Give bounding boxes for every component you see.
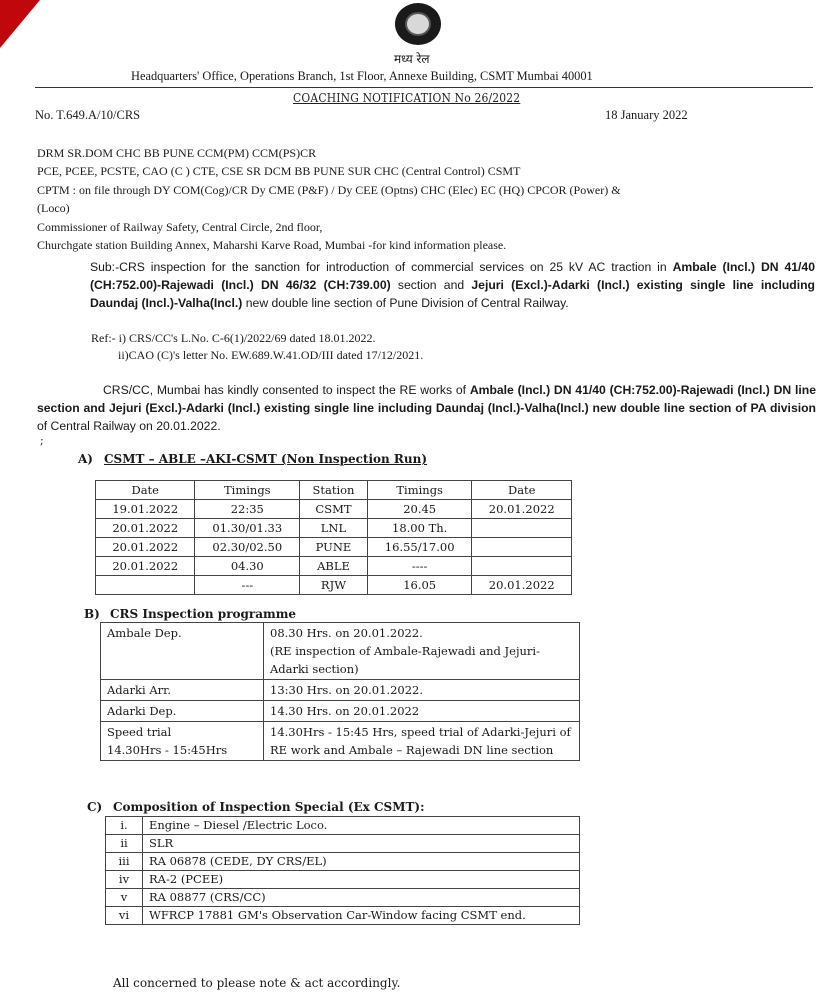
table-row: Speed trial14.30Hrs - 15:45Hrs14.30Hrs -… (101, 722, 580, 761)
subject-prefix: Sub:- (90, 260, 119, 274)
table-cell: 04.30 (195, 557, 300, 576)
table-cell: LNL (300, 519, 368, 538)
table-row: Adarki Dep.14.30 Hrs. on 20.01.2022 (101, 701, 580, 722)
letter-date: 18 January 2022 (605, 108, 688, 123)
table-cell (96, 576, 195, 595)
addressee-line: Churchgate station Building Annex, Mahar… (37, 236, 807, 254)
table-cell (472, 538, 572, 557)
red-corner-mark (0, 0, 40, 48)
column-header: Station (300, 481, 368, 500)
addressee-list: DRM SR.DOM CHC BB PUNE CCM(PM) CCM(PS)CR… (37, 144, 807, 254)
table-cell (472, 557, 572, 576)
detail-cell: 14.30Hrs - 15:45 Hrs, speed trial of Ada… (264, 722, 580, 761)
table-row: vRA 08877 (CRS/CC) (106, 889, 580, 907)
detail-cell: 14.30 Hrs. on 20.01.2022 (264, 701, 580, 722)
event-cell: Adarki Arr. (101, 680, 264, 701)
item-number: vi (106, 907, 143, 925)
office-address: Headquarters' Office, Operations Branch,… (131, 69, 593, 84)
table-row: viWFRCP 17881 GM's Observation Car-Windo… (106, 907, 580, 925)
column-header: Timings (195, 481, 300, 500)
table-cell: 19.01.2022 (96, 500, 195, 519)
table-cell: 20.01.2022 (96, 538, 195, 557)
table-row: iiiRA 06878 (CEDE, DY CRS/EL) (106, 853, 580, 871)
detail-cell: 13:30 Hrs. on 20.01.2022. (264, 680, 580, 701)
table-row: 20.01.202202.30/02.50PUNE16.55/17.00 (96, 538, 572, 557)
table-row: 19.01.202222:35CSMT20.4520.01.2022 (96, 500, 572, 519)
table-row: i.Engine – Diesel /Electric Loco. (106, 817, 580, 835)
table-cell: 01.30/01.33 (195, 519, 300, 538)
item-description: WFRCP 17881 GM's Observation Car-Window … (143, 907, 580, 925)
column-header: Date (472, 481, 572, 500)
table-cell: CSMT (300, 500, 368, 519)
table-row: Adarki Arr.13:30 Hrs. on 20.01.2022. (101, 680, 580, 701)
table-row: ---RJW16.0520.01.2022 (96, 576, 572, 595)
table-cell: 20.01.2022 (96, 557, 195, 576)
indian-railways-emblem-icon (395, 3, 441, 45)
ref-prefix: Ref:- (91, 331, 116, 345)
table-cell: 20.01.2022 (96, 519, 195, 538)
notification-title: COACHING NOTIFICATION No 26/2022 (293, 90, 520, 105)
item-number: i. (106, 817, 143, 835)
table-cell: 22:35 (195, 500, 300, 519)
table-cell: 16.55/17.00 (367, 538, 472, 557)
event-cell: Speed trial14.30Hrs - 15:45Hrs (101, 722, 264, 761)
inspection-programme-table: Ambale Dep.08.30 Hrs. on 20.01.2022.(RE … (100, 622, 580, 761)
detail-cell: 08.30 Hrs. on 20.01.2022.(RE inspection … (264, 623, 580, 680)
item-number: iii (106, 853, 143, 871)
addressee-line: (Loco) (37, 199, 807, 217)
table-row: 20.01.202201.30/01.33LNL18.00 Th. (96, 519, 572, 538)
item-description: RA 08877 (CRS/CC) (143, 889, 580, 907)
body-paragraph: CRS/CC, Mumbai has kindly consented to i… (37, 381, 816, 435)
item-description: RA 06878 (CEDE, DY CRS/EL) (143, 853, 580, 871)
table-cell: ABLE (300, 557, 368, 576)
item-number: ii (106, 835, 143, 853)
item-description: SLR (143, 835, 580, 853)
non-inspection-run-table: DateTimingsStationTimingsDate 19.01.2022… (95, 480, 572, 595)
table-cell: PUNE (300, 538, 368, 557)
table-cell (472, 519, 572, 538)
composition-table: i.Engine – Diesel /Electric Loco.iiSLRii… (105, 816, 580, 925)
table-cell: RJW (300, 576, 368, 595)
event-cell: Ambale Dep. (101, 623, 264, 680)
table-cell: 16.05 (367, 576, 472, 595)
item-description: RA-2 (PCEE) (143, 871, 580, 889)
section-a-heading: A)CSMT – ABLE –AKI-CSMT (Non Inspection … (78, 452, 427, 466)
item-description: Engine – Diesel /Electric Loco. (143, 817, 580, 835)
table-cell: ---- (367, 557, 472, 576)
table-row: ivRA-2 (PCEE) (106, 871, 580, 889)
item-number: v (106, 889, 143, 907)
table-cell: 20.01.2022 (472, 576, 572, 595)
table-row: Ambale Dep.08.30 Hrs. on 20.01.2022.(RE … (101, 623, 580, 680)
stray-mark: ; (40, 434, 44, 447)
table-cell: 20.01.2022 (472, 500, 572, 519)
table-cell: 02.30/02.50 (195, 538, 300, 557)
addressee-line: CPTM : on file through DY COM(Cog)/CR Dy… (37, 181, 807, 199)
reference-number: No. T.649.A/10/CRS (35, 108, 140, 123)
header-divider (35, 87, 813, 88)
column-header: Timings (367, 481, 472, 500)
addressee-line: Commissioner of Railway Safety, Central … (37, 218, 807, 236)
event-cell: Adarki Dep. (101, 701, 264, 722)
section-c-heading: C)Composition of Inspection Special (Ex … (87, 800, 425, 814)
table-cell: 20.45 (367, 500, 472, 519)
table-cell: 18.00 Th. (367, 519, 472, 538)
ref-item: i) CRS/CC's L.No. C-6(1)/2022/69 dated 1… (119, 331, 376, 345)
subject-block: Sub:-CRS inspection for the sanction for… (90, 258, 815, 312)
ref-item: ii)CAO (C)'s letter No. EW.689.W.41.OD/I… (91, 347, 423, 364)
addressee-line: DRM SR.DOM CHC BB PUNE CCM(PM) CCM(PS)CR (37, 144, 807, 162)
references-block: Ref:- i) CRS/CC's L.No. C-6(1)/2022/69 d… (91, 330, 423, 364)
hindi-railway-name: मध्य रेल (394, 50, 430, 67)
item-number: iv (106, 871, 143, 889)
closing-note: All concerned to please note & act accor… (113, 976, 400, 990)
section-b-heading: B)CRS Inspection programme (84, 607, 296, 621)
column-header: Date (96, 481, 195, 500)
table-row: iiSLR (106, 835, 580, 853)
table-cell: --- (195, 576, 300, 595)
addressee-line: PCE, PCEE, PCSTE, CAO (C ) CTE, CSE SR D… (37, 162, 807, 180)
table-row: 20.01.202204.30ABLE---- (96, 557, 572, 576)
